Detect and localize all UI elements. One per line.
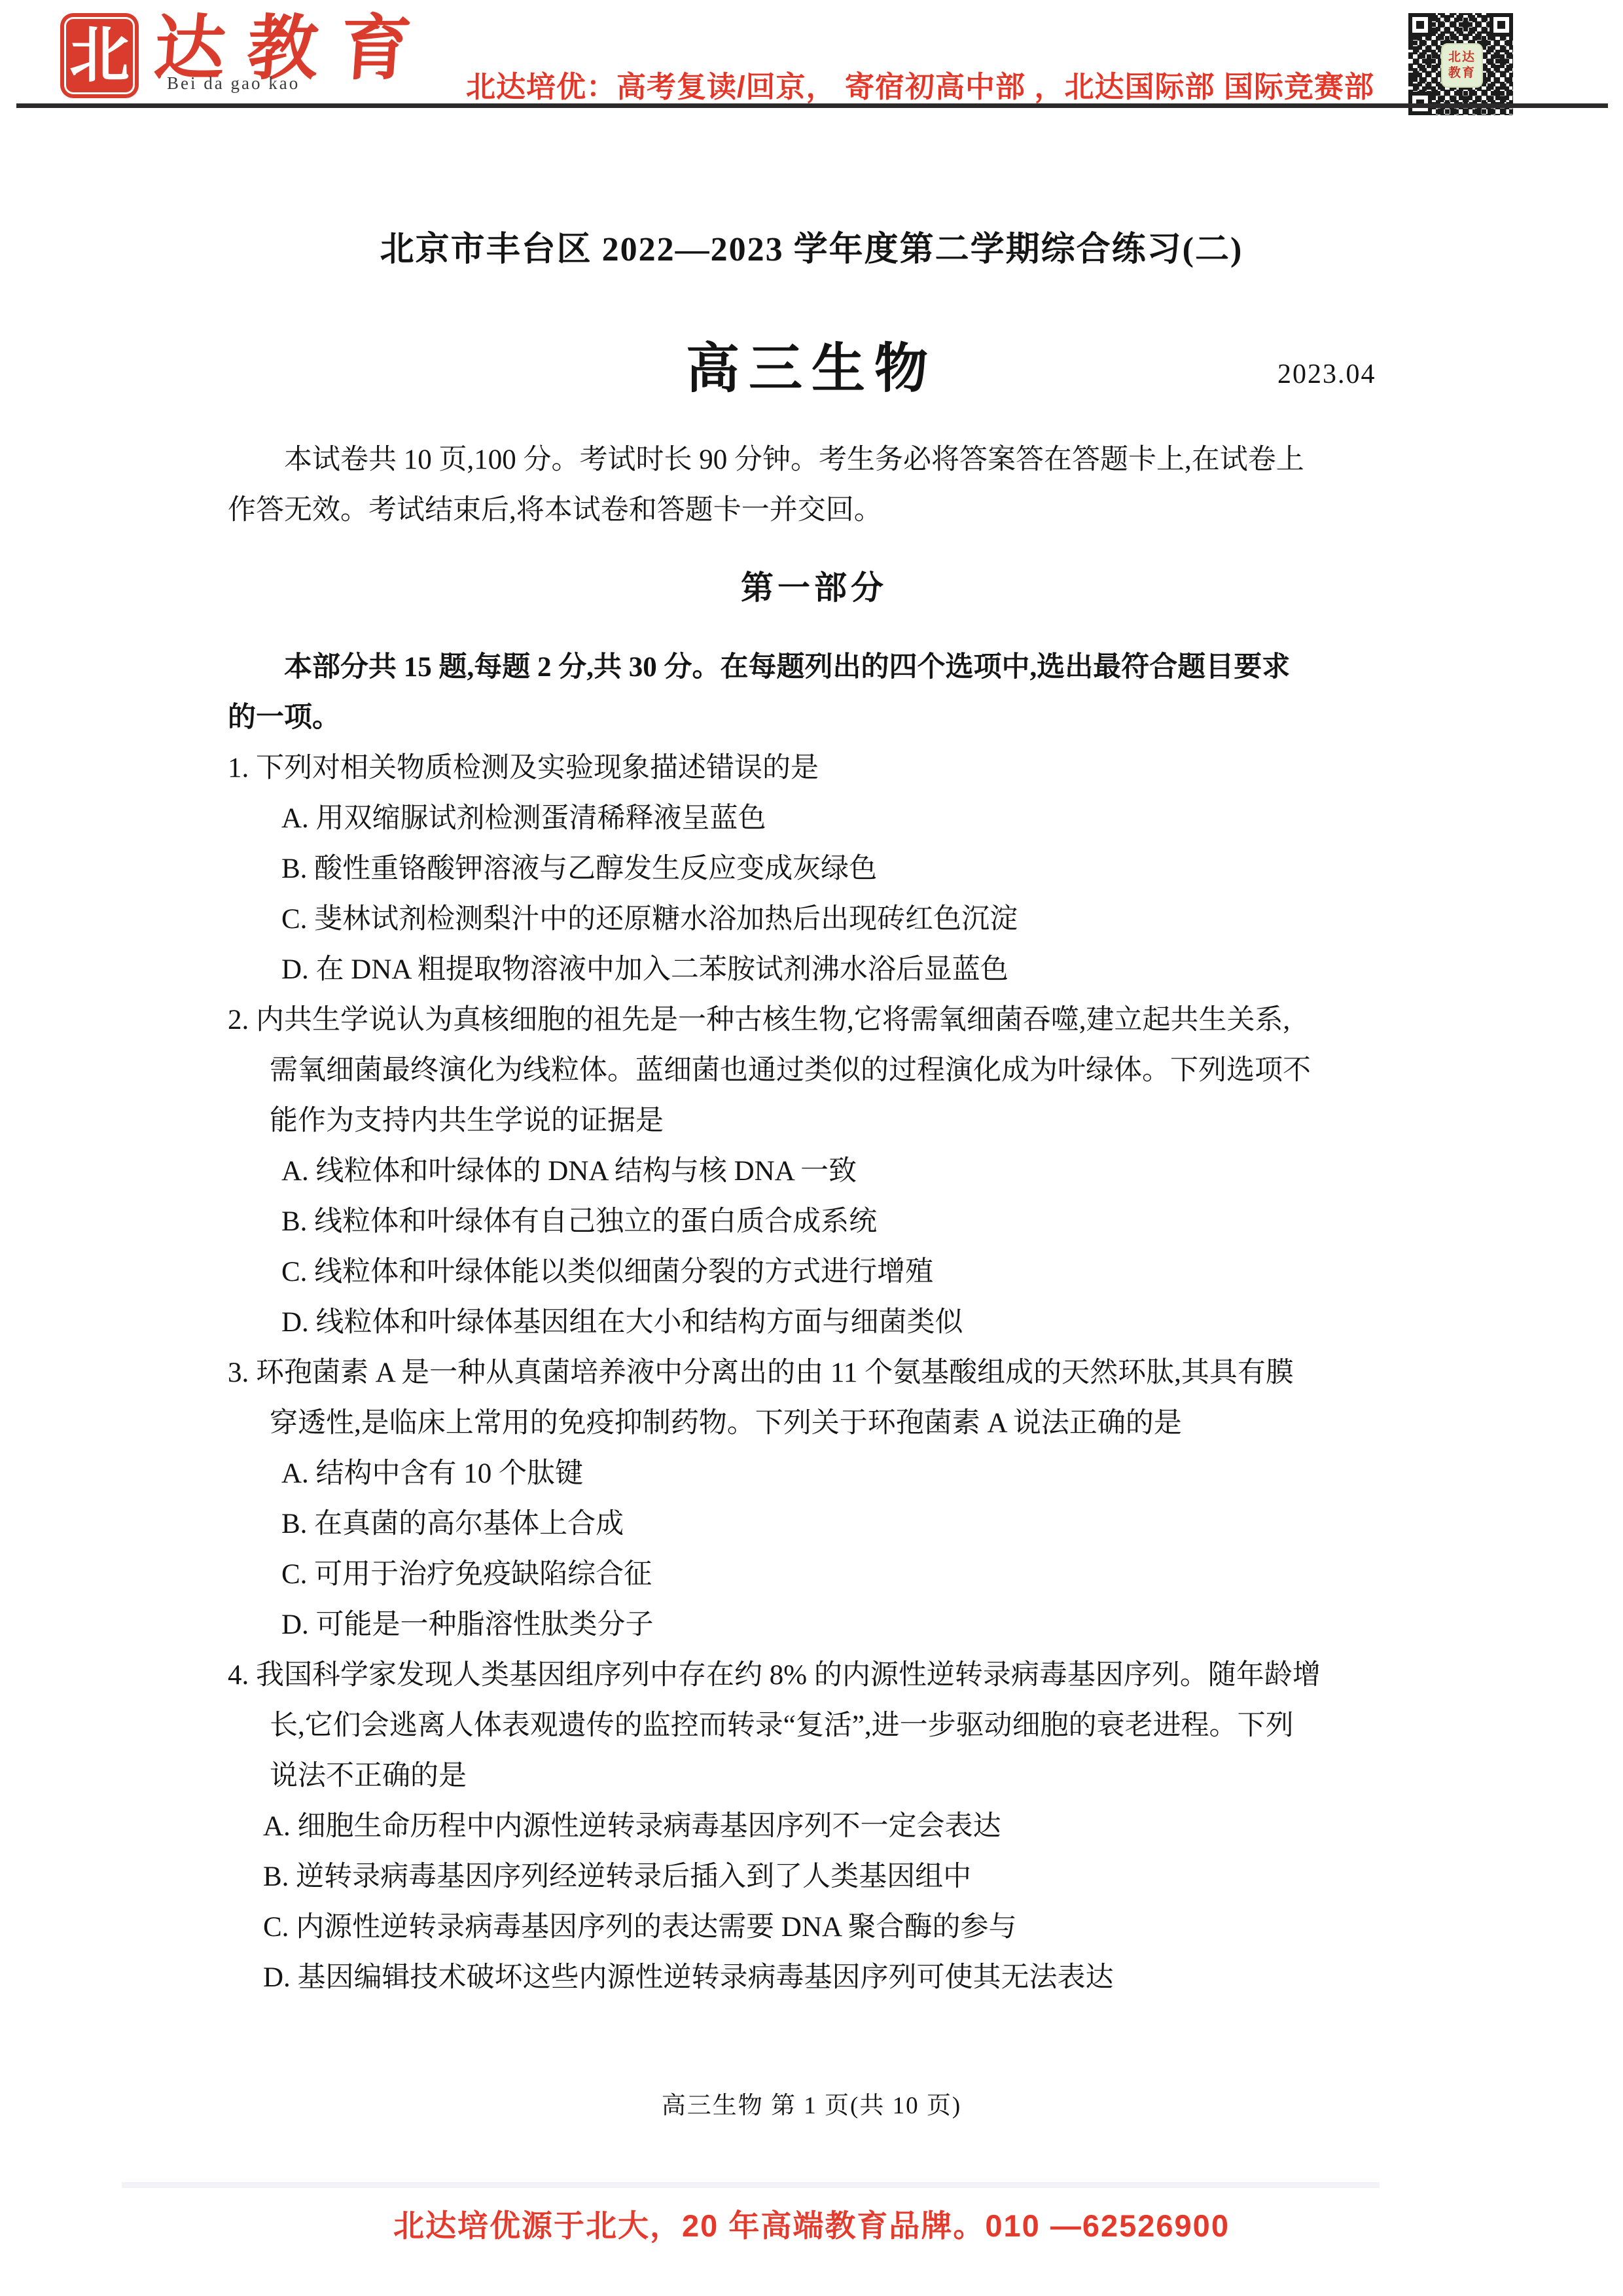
exam-date: 2023.04 (1277, 359, 1376, 390)
question-2-option-d: D. 线粒体和叶绿体基因组在大小和结构方面与细菌类似 (228, 1297, 1400, 1348)
instructions-line-1: 本部分共 15 题,每题 2 分,共 30 分。在每题列出的四个选项中,选出最符… (228, 642, 1400, 692)
question-4-option-c: C. 内源性逆转录病毒基因序列的表达需要 DNA 聚合酶的参与 (228, 1902, 1400, 1952)
qr-center-badge: 北达 教育 (1441, 43, 1483, 88)
question-2-option-b: B. 线粒体和叶绿体有自己独立的蛋白质合成系统 (228, 1196, 1400, 1247)
question-1-option-b: B. 酸性重铬酸钾溶液与乙醇发生反应变成灰绿色 (228, 844, 1400, 894)
question-4-stem-cont-2: 说法不正确的是 (228, 1751, 1400, 1801)
question-1-stem: 1. 下列对相关物质检测及实验现象描述错误的是 (228, 743, 1400, 793)
question-4-option-d: D. 基因编辑技术破坏这些内源性逆转录病毒基因序列可使其无法表达 (228, 1952, 1400, 2003)
instructions-line-2: 的一项。 (228, 692, 1400, 743)
footer-promo-text: 北达培优源于北大，20 年高端教育品牌。010 —62526900 (0, 2202, 1623, 2246)
question-2-stem-cont-2: 能作为支持内共生学说的证据是 (228, 1096, 1400, 1146)
footer-divider (122, 2182, 1380, 2188)
question-2-stem-cont-1: 需氧细菌最终演化为线粒体。蓝细菌也通过类似的过程演化成为叶绿体。下列选项不 (228, 1045, 1400, 1096)
question-1-option-c: C. 斐林试剂检测梨汁中的还原糖水浴加热后出现砖红色沉淀 (228, 894, 1400, 944)
qr-code: 北达 教育 (1408, 13, 1513, 115)
exam-title: 北京市丰台区 2022—2023 学年度第二学期综合练习(二) (0, 221, 1623, 270)
question-2-stem: 2. 内共生学说认为真核细胞的祖先是一种古核生物,它将需氧细菌吞噬,建立起共生关… (228, 995, 1400, 1045)
question-4-option-b: B. 逆转录病毒基因序列经逆转录后插入到了人类基因组中 (228, 1852, 1400, 1902)
exam-body: 本试卷共 10 页,100 分。考试时长 90 分钟。考生务必将答案答在答题卡上… (228, 435, 1400, 2003)
logo-pinyin-subtext: Bei da gao kao (167, 73, 300, 94)
question-2-option-c: C. 线粒体和叶绿体能以类似细菌分裂的方式进行增殖 (228, 1247, 1400, 1297)
qr-finder-icon (1489, 13, 1513, 37)
section-heading-part-one: 第一部分 (228, 563, 1400, 613)
question-2-option-a: A. 线粒体和叶绿体的 DNA 结构与核 DNA 一致 (228, 1146, 1400, 1196)
logo-seal-char: 北 (69, 26, 130, 86)
question-3-option-a: A. 结构中含有 10 个肽键 (228, 1448, 1400, 1499)
question-1-option-a: A. 用双缩脲试剂检测蛋清稀释液呈蓝色 (228, 793, 1400, 844)
header-tagline: 北达培优：高考复读/回京， 寄宿初高中部 ，北达国际部 国际竞赛部 (466, 63, 1374, 105)
exam-paper-page: 北 达教育 Bei da gao kao 北达培优：高考复读/回京， 寄宿初高中… (0, 0, 1623, 2296)
page-number-footer: 高三生物 第 1 页(共 10 页) (0, 2085, 1623, 2121)
exam-subject-title: 高三生物 (0, 326, 1623, 403)
question-4-option-a: A. 细胞生命历程中内源性逆转录病毒基因序列不一定会表达 (228, 1801, 1400, 1852)
qr-finder-icon (1408, 13, 1432, 37)
logo-seal-icon: 北 (64, 17, 135, 94)
question-3-option-c: C. 可用于治疗免疫缺陷综合征 (228, 1549, 1400, 1600)
question-3-option-b: B. 在真菌的高尔基体上合成 (228, 1499, 1400, 1549)
intro-line-1: 本试卷共 10 页,100 分。考试时长 90 分钟。考生务必将答案答在答题卡上… (228, 435, 1400, 485)
intro-line-2: 作答无效。考试结束后,将本试卷和答题卡一并交回。 (228, 485, 1400, 535)
question-3-stem: 3. 环孢菌素 A 是一种从真菌培养液中分离出的由 11 个氨基酸组成的天然环肽… (228, 1348, 1400, 1398)
header-divider (16, 103, 1608, 108)
question-3-option-d: D. 可能是一种脂溶性肽类分子 (228, 1600, 1400, 1650)
question-4-stem: 4. 我国科学家发现人类基因组序列中存在约 8% 的内源性逆转录病毒基因序列。随… (228, 1650, 1400, 1700)
qr-badge-text-1: 北达 (1448, 50, 1476, 65)
qr-badge-text-2: 教育 (1448, 65, 1476, 81)
question-1-option-d: D. 在 DNA 粗提取物溶液中加入二苯胺试剂沸水浴后显蓝色 (228, 944, 1400, 995)
question-4-stem-cont-1: 长,它们会逃离人体表观遗传的监控而转录“复活”,进一步驱动细胞的衰老进程。下列 (228, 1700, 1400, 1751)
question-3-stem-cont-1: 穿透性,是临床上常用的免疫抑制药物。下列关于环孢菌素 A 说法正确的是 (228, 1398, 1400, 1448)
